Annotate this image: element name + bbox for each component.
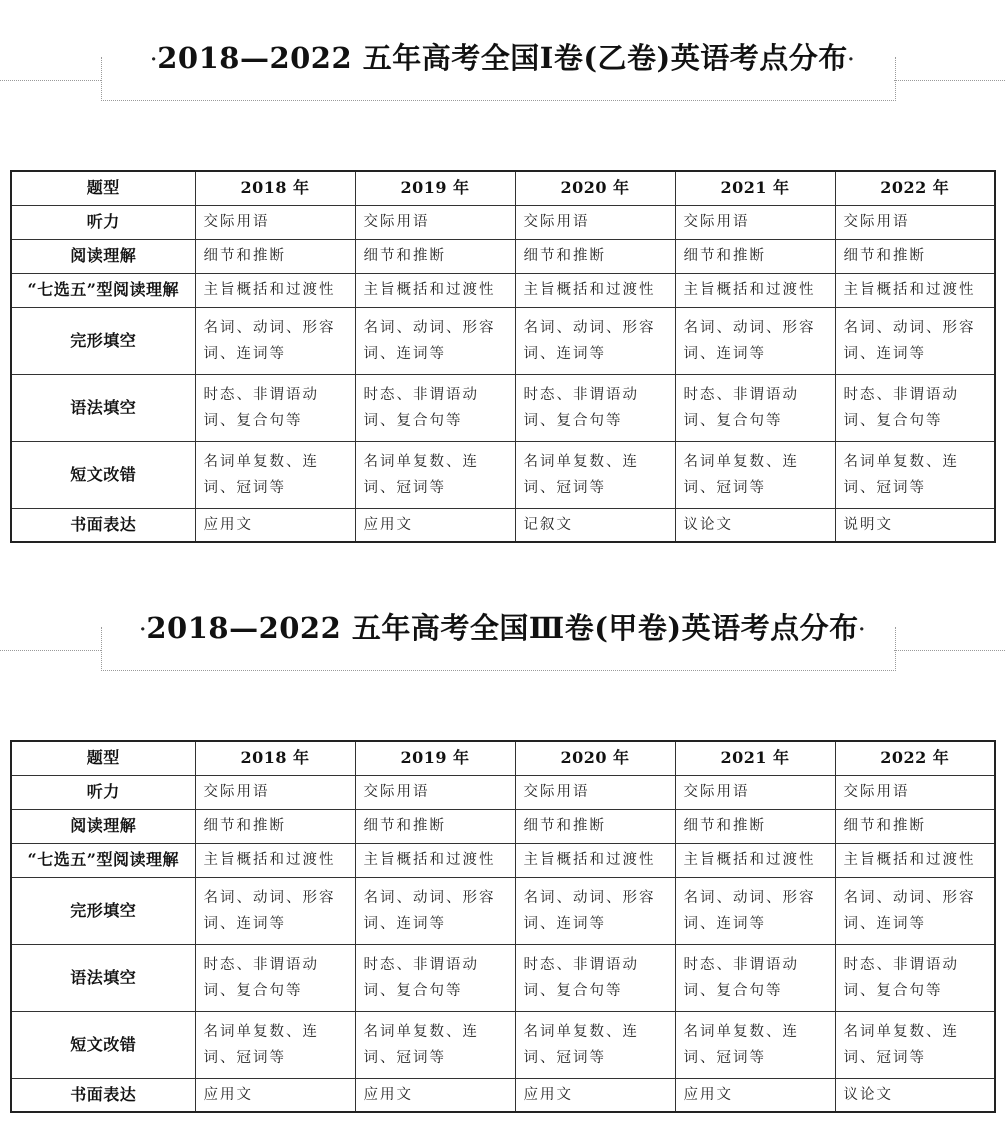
column-header-year: 2020 年 <box>515 171 675 205</box>
table-cell: 名词、动词、形容词、连词等 <box>195 307 355 374</box>
table-cell: 时态、非谓语动词、复合句等 <box>355 944 515 1011</box>
table-cell: 交际用语 <box>515 775 675 809</box>
column-header-year: 2022 年 <box>835 741 995 775</box>
column-header-year: 2018 年 <box>195 171 355 205</box>
table-cell: 细节和推断 <box>355 809 515 843</box>
table-cell: 交际用语 <box>195 205 355 239</box>
table-cell: 交际用语 <box>355 205 515 239</box>
table-row: 短文改错 名词单复数、连词、冠词等 名词单复数、连词、冠词等 名词单复数、连词、… <box>11 1011 995 1078</box>
table-cell: 主旨概括和过渡性 <box>195 273 355 307</box>
table-cell: 应用文 <box>675 1078 835 1112</box>
table-cell: 名词、动词、形容词、连词等 <box>675 307 835 374</box>
table-cell: 应用文 <box>355 1078 515 1112</box>
table-header-row: 题型 2018 年 2019 年 2020 年 2021 年 2022 年 <box>11 741 995 775</box>
table-cell: 名词单复数、连词、冠词等 <box>355 441 515 508</box>
column-header-type: 题型 <box>11 741 195 775</box>
table-cell: 名词单复数、连词、冠词等 <box>835 441 995 508</box>
table-cell: 主旨概括和过渡性 <box>675 843 835 877</box>
column-header-year: 2019 年 <box>355 741 515 775</box>
table-cell: 细节和推断 <box>515 809 675 843</box>
table-cell: 名词单复数、连词、冠词等 <box>195 441 355 508</box>
table-cell: 交际用语 <box>195 775 355 809</box>
table-cell: 主旨概括和过渡性 <box>355 273 515 307</box>
table-cell: 交际用语 <box>355 775 515 809</box>
table-cell: 交际用语 <box>835 205 995 239</box>
row-header: “七选五”型阅读理解 <box>11 843 195 877</box>
table-cell: 主旨概括和过渡性 <box>355 843 515 877</box>
column-header-year: 2022 年 <box>835 171 995 205</box>
column-header-year: 2021 年 <box>675 741 835 775</box>
table-cell: 细节和推断 <box>675 239 835 273</box>
table-row: 完形填空 名词、动词、形容词、连词等 名词、动词、形容词、连词等 名词、动词、形… <box>11 307 995 374</box>
table-row: 短文改错 名词单复数、连词、冠词等 名词单复数、连词、冠词等 名词单复数、连词、… <box>11 441 995 508</box>
table-row: “七选五”型阅读理解 主旨概括和过渡性 主旨概括和过渡性 主旨概括和过渡性 主旨… <box>11 273 995 307</box>
table-cell: 名词单复数、连词、冠词等 <box>515 1011 675 1078</box>
bullet-dot-icon: · <box>859 619 866 640</box>
table-cell: 细节和推断 <box>195 809 355 843</box>
column-header-year: 2020 年 <box>515 741 675 775</box>
section-national-paper-3: ·2018—2022 五年高考全国Ⅲ卷(甲卷)英语考点分布· 题型 2018 年… <box>0 570 1005 1124</box>
column-header-year: 2021 年 <box>675 171 835 205</box>
table-cell: 名词单复数、连词、冠词等 <box>355 1011 515 1078</box>
row-header: 书面表达 <box>11 1078 195 1112</box>
table-row: 书面表达 应用文 应用文 应用文 应用文 议论文 <box>11 1078 995 1112</box>
section-national-paper-1: ·2018—2022 五年高考全国Ⅰ卷(乙卷)英语考点分布· 题型 2018 年… <box>0 0 1005 560</box>
row-header: “七选五”型阅读理解 <box>11 273 195 307</box>
table-cell: 名词、动词、形容词、连词等 <box>515 307 675 374</box>
row-header: 阅读理解 <box>11 809 195 843</box>
table-cell: 名词、动词、形容词、连词等 <box>355 307 515 374</box>
column-header-year: 2018 年 <box>195 741 355 775</box>
table-row: 阅读理解 细节和推断 细节和推断 细节和推断 细节和推断 细节和推断 <box>11 239 995 273</box>
table-cell: 名词单复数、连词、冠词等 <box>515 441 675 508</box>
table-cell: 交际用语 <box>675 775 835 809</box>
table-row: 听力 交际用语 交际用语 交际用语 交际用语 交际用语 <box>11 205 995 239</box>
row-header: 书面表达 <box>11 508 195 542</box>
row-header: 语法填空 <box>11 374 195 441</box>
table-cell: 交际用语 <box>515 205 675 239</box>
table-cell: 名词、动词、形容词、连词等 <box>835 307 995 374</box>
table-row: 语法填空 时态、非谓语动词、复合句等 时态、非谓语动词、复合句等 时态、非谓语动… <box>11 374 995 441</box>
table-cell: 主旨概括和过渡性 <box>195 843 355 877</box>
table-cell: 主旨概括和过渡性 <box>835 273 995 307</box>
table-cell: 名词单复数、连词、冠词等 <box>195 1011 355 1078</box>
table-row: 听力 交际用语 交际用语 交际用语 交际用语 交际用语 <box>11 775 995 809</box>
exam-distribution-table: 题型 2018 年 2019 年 2020 年 2021 年 2022 年 听力… <box>10 740 996 1113</box>
row-header: 阅读理解 <box>11 239 195 273</box>
table-cell: 说明文 <box>835 508 995 542</box>
table-cell: 名词、动词、形容词、连词等 <box>515 877 675 944</box>
table-cell: 议论文 <box>835 1078 995 1112</box>
table-cell: 名词单复数、连词、冠词等 <box>675 1011 835 1078</box>
table-cell: 名词单复数、连词、冠词等 <box>675 441 835 508</box>
section-title-text: 2018—2022 五年高考全国Ⅰ卷(乙卷)英语考点分布 <box>157 41 848 75</box>
table-cell: 名词、动词、形容词、连词等 <box>675 877 835 944</box>
table-cell: 记叙文 <box>515 508 675 542</box>
row-header: 完形填空 <box>11 877 195 944</box>
table-cell: 时态、非谓语动词、复合句等 <box>515 944 675 1011</box>
table-cell: 时态、非谓语动词、复合句等 <box>195 944 355 1011</box>
table-cell: 交际用语 <box>675 205 835 239</box>
section-title-text: 2018—2022 五年高考全国Ⅲ卷(甲卷)英语考点分布 <box>146 611 858 645</box>
table-cell: 应用文 <box>195 508 355 542</box>
table-cell: 应用文 <box>195 1078 355 1112</box>
table-cell: 主旨概括和过渡性 <box>515 843 675 877</box>
section-title: ·2018—2022 五年高考全国Ⅰ卷(乙卷)英语考点分布· <box>0 36 1005 82</box>
table-cell: 时态、非谓语动词、复合句等 <box>675 374 835 441</box>
table-cell: 名词、动词、形容词、连词等 <box>835 877 995 944</box>
table-cell: 细节和推断 <box>515 239 675 273</box>
table-cell: 交际用语 <box>835 775 995 809</box>
row-header: 短文改错 <box>11 1011 195 1078</box>
bullet-dot-icon: · <box>848 49 855 70</box>
table-header-row: 题型 2018 年 2019 年 2020 年 2021 年 2022 年 <box>11 171 995 205</box>
table-cell: 时态、非谓语动词、复合句等 <box>675 944 835 1011</box>
table-row: 书面表达 应用文 应用文 记叙文 议论文 说明文 <box>11 508 995 542</box>
column-header-year: 2019 年 <box>355 171 515 205</box>
table-cell: 时态、非谓语动词、复合句等 <box>355 374 515 441</box>
exam-distribution-table: 题型 2018 年 2019 年 2020 年 2021 年 2022 年 听力… <box>10 170 996 543</box>
table-cell: 细节和推断 <box>355 239 515 273</box>
table-cell: 名词、动词、形容词、连词等 <box>355 877 515 944</box>
row-header: 语法填空 <box>11 944 195 1011</box>
table-cell: 应用文 <box>515 1078 675 1112</box>
row-header: 听力 <box>11 205 195 239</box>
table-row: “七选五”型阅读理解 主旨概括和过渡性 主旨概括和过渡性 主旨概括和过渡性 主旨… <box>11 843 995 877</box>
table-cell: 主旨概括和过渡性 <box>835 843 995 877</box>
section-title: ·2018—2022 五年高考全国Ⅲ卷(甲卷)英语考点分布· <box>0 606 1005 652</box>
table-cell: 议论文 <box>675 508 835 542</box>
row-header: 听力 <box>11 775 195 809</box>
table-cell: 细节和推断 <box>675 809 835 843</box>
table-cell: 应用文 <box>355 508 515 542</box>
table-row: 阅读理解 细节和推断 细节和推断 细节和推断 细节和推断 细节和推断 <box>11 809 995 843</box>
table-cell: 时态、非谓语动词、复合句等 <box>515 374 675 441</box>
table-cell: 细节和推断 <box>835 809 995 843</box>
title-frame: ·2018—2022 五年高考全国Ⅰ卷(乙卷)英语考点分布· <box>0 20 1005 130</box>
table-cell: 细节和推断 <box>195 239 355 273</box>
table-row: 语法填空 时态、非谓语动词、复合句等 时态、非谓语动词、复合句等 时态、非谓语动… <box>11 944 995 1011</box>
table-cell: 名词单复数、连词、冠词等 <box>835 1011 995 1078</box>
column-header-type: 题型 <box>11 171 195 205</box>
table-cell: 时态、非谓语动词、复合句等 <box>195 374 355 441</box>
row-header: 短文改错 <box>11 441 195 508</box>
title-frame: ·2018—2022 五年高考全国Ⅲ卷(甲卷)英语考点分布· <box>0 590 1005 700</box>
table-cell: 主旨概括和过渡性 <box>515 273 675 307</box>
table-cell: 细节和推断 <box>835 239 995 273</box>
row-header: 完形填空 <box>11 307 195 374</box>
table-cell: 时态、非谓语动词、复合句等 <box>835 374 995 441</box>
table-row: 完形填空 名词、动词、形容词、连词等 名词、动词、形容词、连词等 名词、动词、形… <box>11 877 995 944</box>
table-cell: 主旨概括和过渡性 <box>675 273 835 307</box>
table-cell: 名词、动词、形容词、连词等 <box>195 877 355 944</box>
table-cell: 时态、非谓语动词、复合句等 <box>835 944 995 1011</box>
